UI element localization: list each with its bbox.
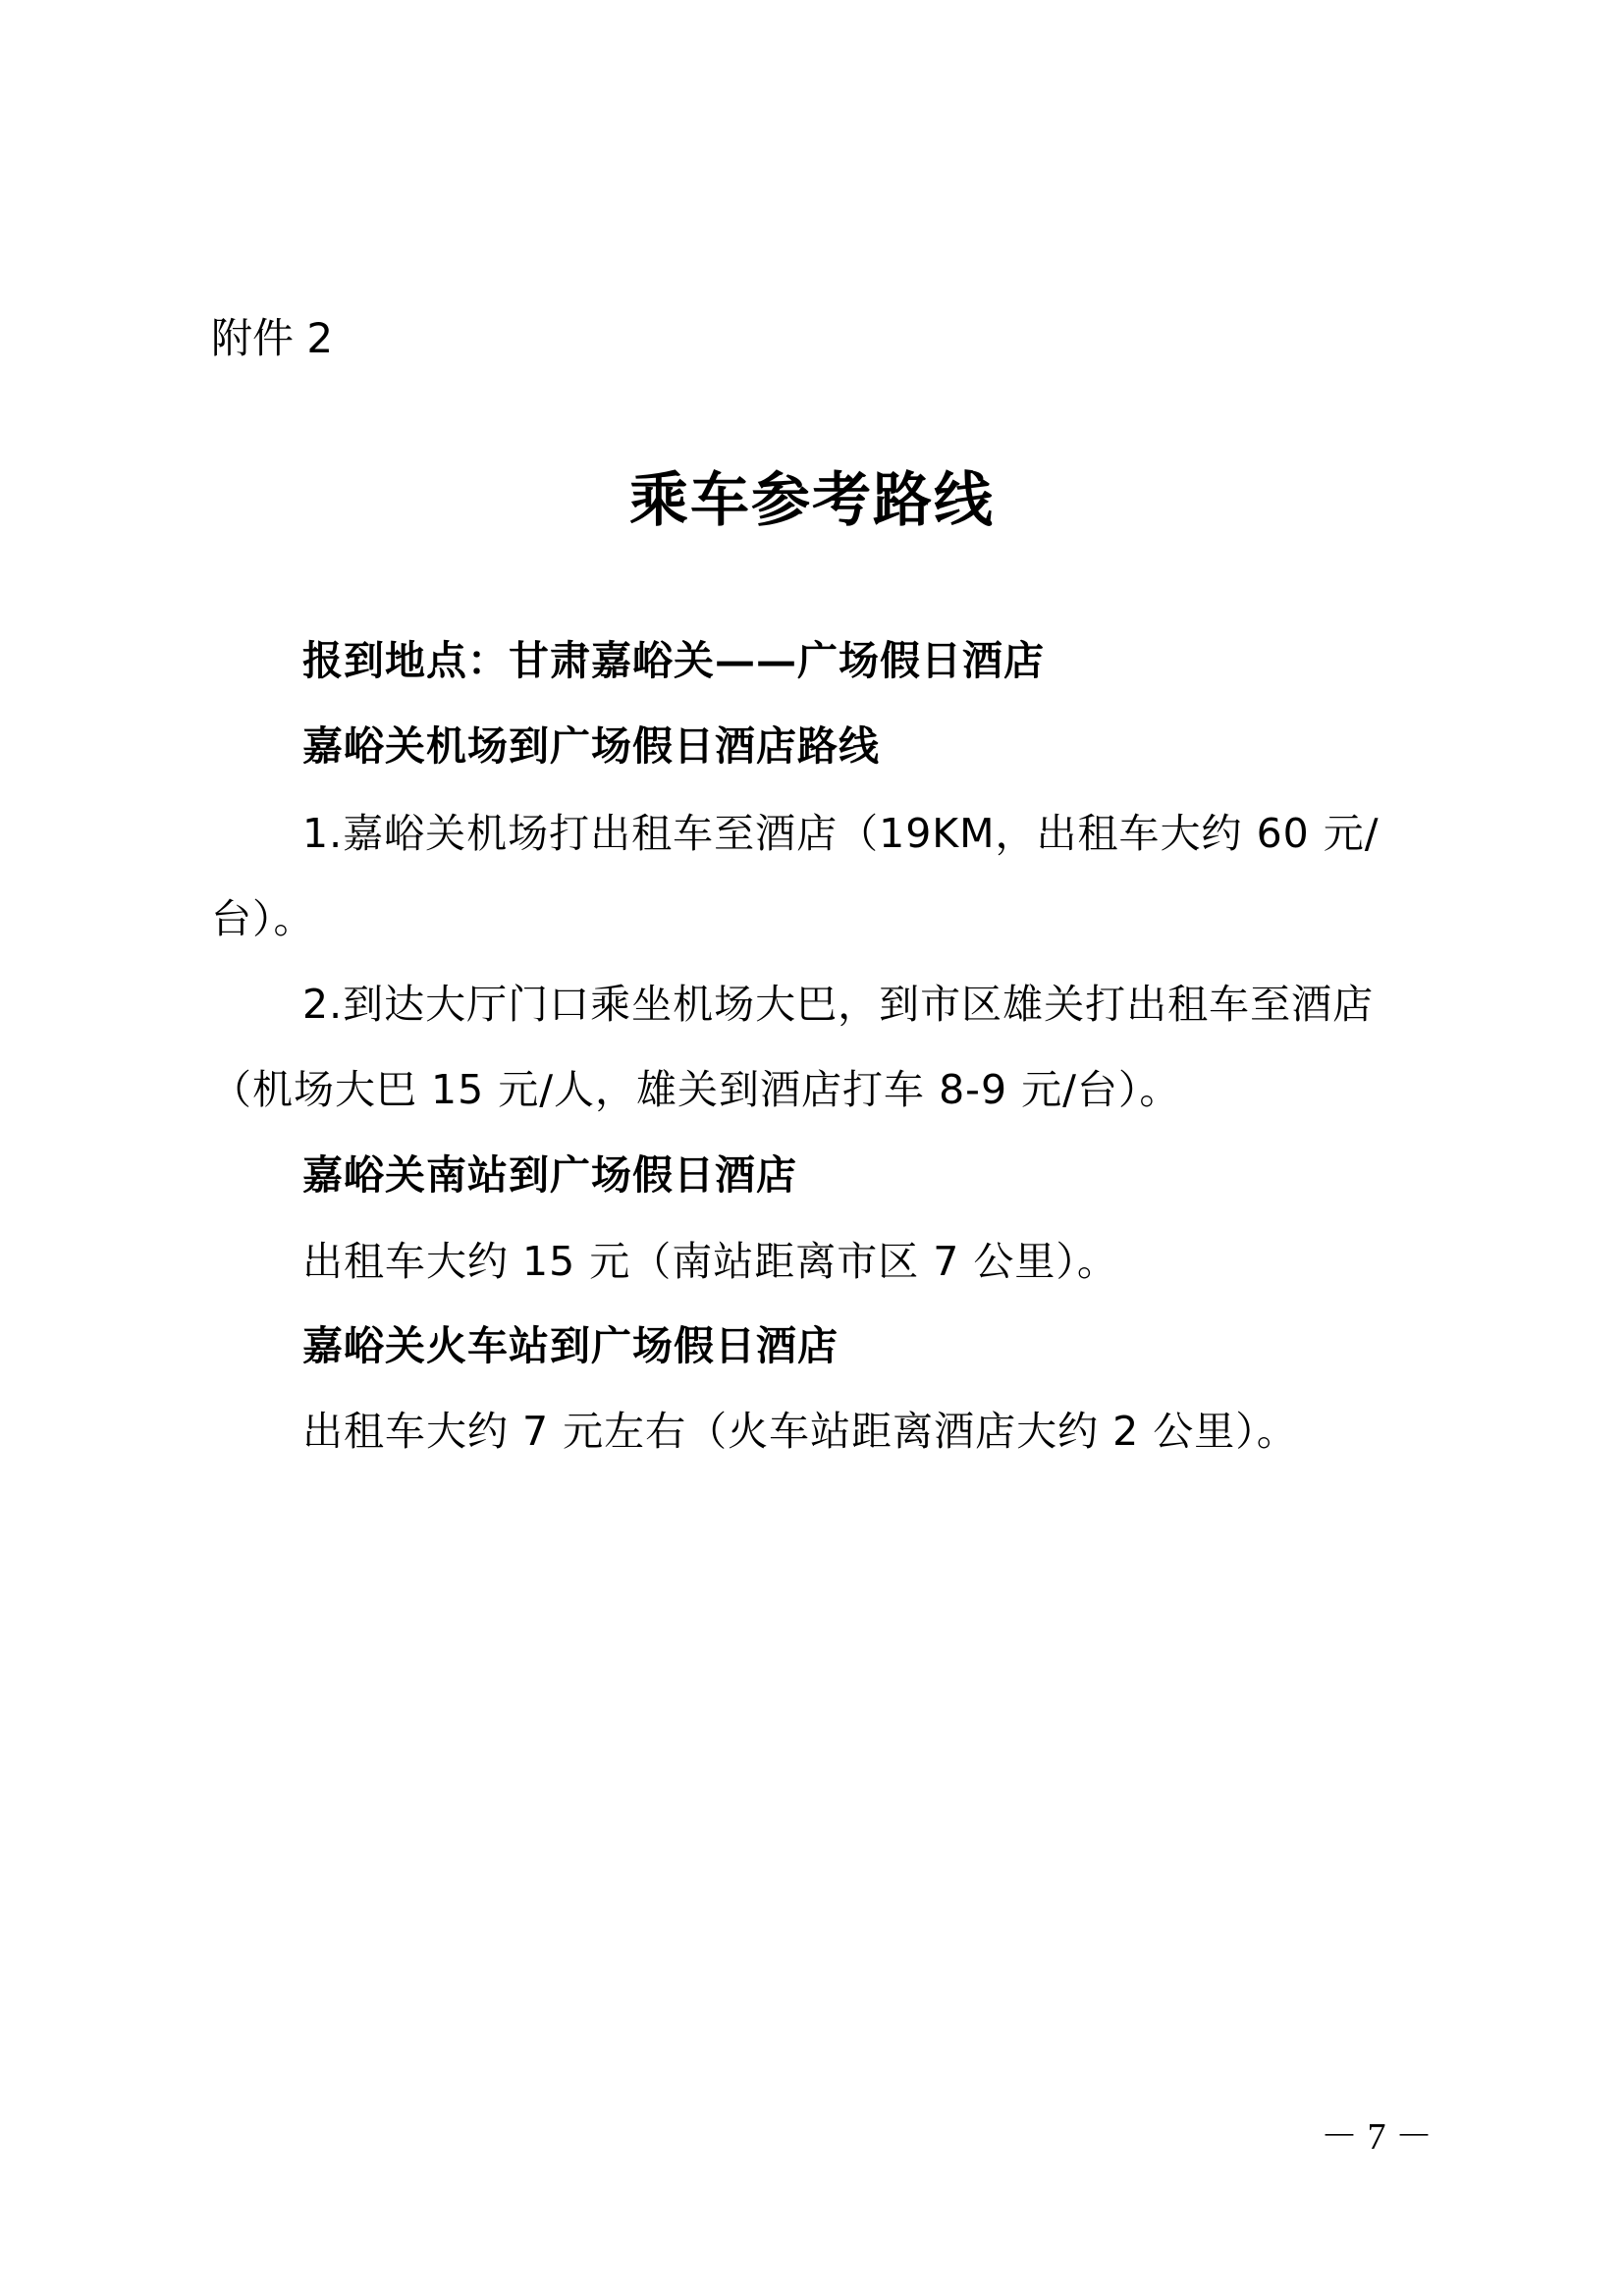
report-location: 报到地点：甘肃嘉峪关——广场假日酒店	[302, 628, 1045, 686]
section-heading-airport: 嘉峪关机场到广场假日酒店路线	[302, 714, 880, 772]
airport-route-2: 2.到达大厅门口乘坐机场大巴，到市区雄关打出租车至酒店	[302, 972, 1374, 1030]
train-station-route: 出租车大约 7 元左右（火车站距离酒店大约 2 公里）。	[302, 1399, 1298, 1457]
south-station-route: 出租车大约 15 元（南站距离市区 7 公里）。	[302, 1229, 1118, 1287]
page-title: 乘车参考路线	[0, 454, 1624, 538]
section-heading-south-station: 嘉峪关南站到广场假日酒店	[302, 1143, 797, 1201]
airport-route-1: 1.嘉峪关机场打出租车至酒店（19KM，出租车大约 60 元/	[302, 801, 1380, 859]
section-heading-train-station: 嘉峪关火车站到广场假日酒店	[302, 1313, 839, 1371]
airport-route-2-wrap: （机场大巴 15 元/人，雄关到酒店打车 8-9 元/台）。	[211, 1057, 1180, 1115]
attachment-label: 附件 2	[211, 306, 333, 365]
page-number: － 7 －	[1321, 2106, 1433, 2160]
airport-route-1-wrap: 台）。	[211, 886, 315, 944]
